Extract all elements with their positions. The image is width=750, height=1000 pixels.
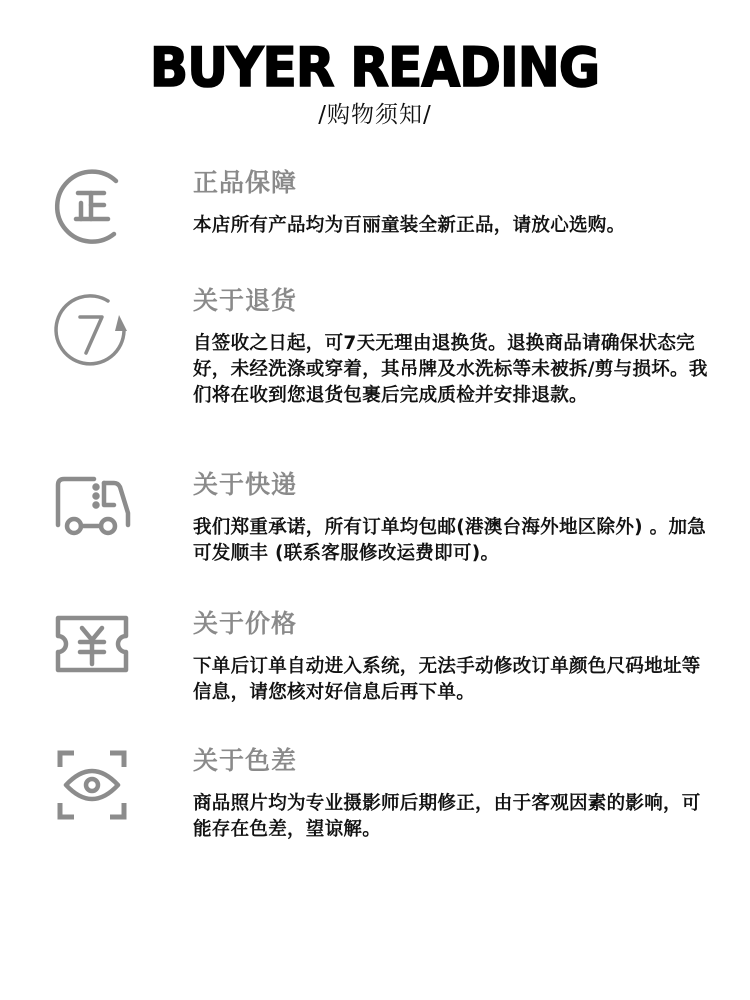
section-title: 关于快递: [193, 469, 297, 501]
section-body: 下单后订单自动进入系统，无法手动修改订单颜色尺码地址等信息，请您核对好信息后再下…: [193, 654, 708, 706]
section-title: 关于价格: [193, 608, 297, 640]
page-header: BUYER READING /购物须知/: [0, 38, 750, 130]
section-body: 商品照片均为专业摄影师后期修正，由于客观因素的影响，可能存在色差，望谅解。: [193, 791, 708, 843]
section-body: 本店所有产品均为百丽童装全新正品，请放心选购。: [193, 213, 708, 239]
eye-scan-icon: [52, 745, 132, 825]
section-body: 自签收之日起，可7天无理由退换货。退换商品请确保状态完好，未经洗涤或穿着，其吊牌…: [193, 331, 708, 409]
section-body: 我们郑重承诺，所有订单均包邮(港澳台海外地区除外) 。加急可发顺丰 (联系客服修…: [193, 515, 708, 567]
authentic-zheng-circle-icon: [52, 167, 132, 247]
page-title: BUYER READING: [150, 38, 599, 98]
seven-day-return-icon: [52, 293, 132, 373]
section-title: 关于退货: [193, 285, 297, 317]
delivery-truck-icon: [52, 471, 132, 539]
section-title: 正品保障: [193, 167, 297, 199]
section-title: 关于色差: [193, 745, 297, 777]
page-subtitle: /购物须知/: [0, 100, 750, 130]
yuan-ticket-icon: [52, 612, 132, 676]
